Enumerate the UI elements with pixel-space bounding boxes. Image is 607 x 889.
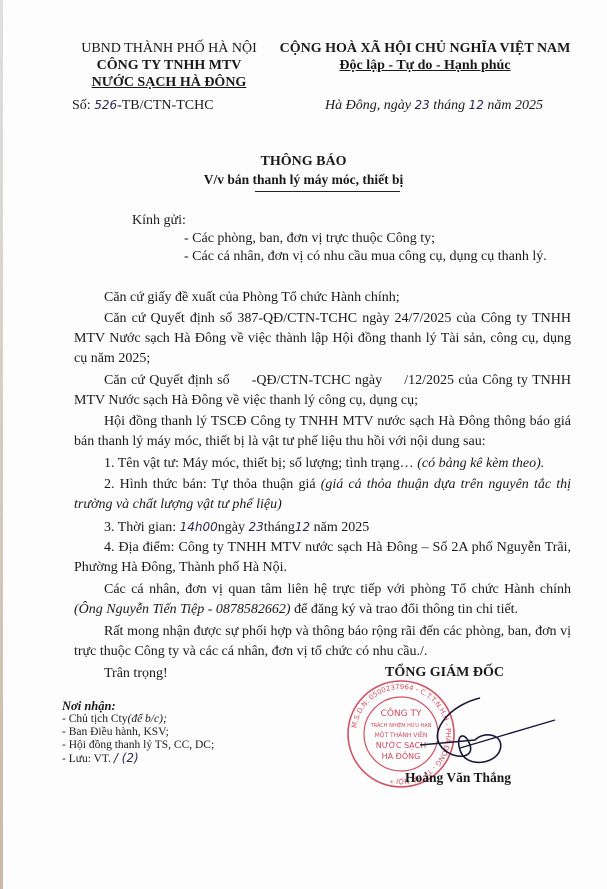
body-paragraph: Rất mong nhận được sự phối hợp và thông … (74, 622, 571, 662)
receiver-note: (để b/c); (128, 713, 167, 725)
item-4: 4. Địa điểm: Công ty TNHH MTV nước sạch … (74, 538, 571, 578)
item-1: 1. Tên vật tư: Máy móc, thiết bị; số lượ… (74, 454, 571, 474)
handwritten-signature-icon (400, 690, 560, 780)
contact-info: (Ông Nguyễn Tiến Tiệp - 0878582662) (74, 602, 291, 617)
authority-line-1: UBND THÀNH PHỐ HÀ NỘI (64, 40, 274, 57)
document-date: Hà Đông, ngày 23 tháng 12 năm 2025 (325, 98, 543, 114)
document-page: UBND THÀNH PHỐ HÀ NỘI CÔNG TY TNHH MTV N… (0, 0, 607, 889)
receivers-block: Nơi nhận: - Chủ tịch Cty(để b/c); - Ban … (62, 700, 214, 766)
page-edge (0, 0, 3, 889)
authority-line-3: NƯỚC SẠCH HÀ ĐÔNG (92, 75, 247, 90)
closing: Trân trọng! (74, 664, 274, 684)
subject-underline (255, 191, 400, 192)
item-text: 4. Địa điểm: Công ty TNHH MTV nước sạch … (74, 540, 571, 575)
document-number: Số: 526-TB/CTN-TCHC (72, 98, 214, 114)
body-paragraph: Căn cứ Quyết định số -QĐ/CTN-TCHC ngày /… (74, 371, 571, 411)
receiver-text: - Chủ tịch Cty (62, 713, 128, 725)
number-suffix: -TB/CTN-TCHC (117, 98, 213, 113)
item-note: (có bảng kê kèm theo). (417, 456, 544, 471)
handwritten-hour: 14h00 (180, 520, 218, 534)
paragraph-text: Căn cứ Quyết định số -QĐ/CTN-TCHC ngày /… (74, 373, 575, 408)
national-motto: CỘNG HOÀ XÃ HỘI CHỦ NGHĨA VIỆT NAM Độc l… (275, 40, 575, 74)
day-label: ngày (218, 520, 249, 535)
receiver-item: - Lưu: VT. / (2) (62, 752, 214, 766)
item-3: 3. Thời gian: 14h00ngày 23tháng12 năm 20… (74, 517, 571, 538)
addressee-item: - Các cá nhân, đơn vị có nhu cầu mua côn… (184, 249, 547, 265)
body-paragraph: Hội đồng thanh lý TSCĐ Công ty TNHH MTV … (74, 412, 571, 452)
handwritten-day: 23 (248, 520, 263, 534)
authority-line-2: CÔNG TY TNHH MTV (64, 57, 274, 74)
receiver-text: - Lưu: VT. (62, 753, 114, 765)
paragraph-text: để đăng ký và trao đổi thông tin chi tiế… (291, 602, 518, 617)
motto: Độc lập - Tự do - Hạnh phúc (339, 58, 510, 73)
contact-paragraph: Các cá nhân, đơn vị quan tâm liên hệ trự… (74, 580, 571, 620)
body-paragraph: Căn cứ giấy đề xuất của Phòng Tổ chức Hà… (74, 288, 571, 308)
receivers-title: Nơi nhận: (62, 700, 214, 713)
number-prefix: Số: (72, 98, 94, 113)
addressee-label: Kính gửi: (132, 213, 186, 229)
handwritten-day: 23 (414, 98, 429, 112)
month-label: tháng (430, 98, 469, 113)
receiver-item: - Chủ tịch Cty(để b/c); (62, 713, 214, 726)
item-text: 2. Hình thức bán: Tự thỏa thuận giá (104, 477, 321, 492)
handwritten-copies: / (2) (114, 751, 139, 765)
paragraph-text: Căn cứ giấy đề xuất của Phòng Tổ chức Hà… (104, 290, 400, 305)
receiver-item: - Ban Điều hành, KSV; (62, 726, 214, 739)
document-subject: V/v bán thanh lý máy móc, thiết bị (0, 172, 607, 188)
body-paragraph: Căn cứ Quyết định số 387-QĐ/CTN-TCHC ngà… (74, 309, 571, 369)
handwritten-month: 12 (295, 520, 310, 534)
item-text: 1. Tên vật tư: Máy móc, thiết bị; số lượ… (104, 456, 417, 471)
date-prefix: Hà Đông, ngày (325, 98, 414, 113)
closing-text: Trân trọng! (104, 666, 168, 681)
addressee-item: - Các phòng, ban, đơn vị trực thuộc Công… (184, 231, 435, 247)
item-2: 2. Hình thức bán: Tự thỏa thuận giá (giá… (74, 475, 571, 515)
paragraph-text: Rất mong nhận được sự phối hợp và thông … (74, 624, 571, 659)
issuing-authority: UBND THÀNH PHỐ HÀ NỘI CÔNG TY TNHH MTV N… (64, 40, 274, 91)
signer-name: Hoàng Văn Thắng (405, 770, 511, 786)
paragraph-text: Các cá nhân, đơn vị quan tâm liên hệ trự… (104, 582, 571, 597)
item-text: 3. Thời gian: (104, 520, 180, 535)
year-label: năm 2025 (310, 520, 369, 535)
paragraph-text: Căn cứ Quyết định số 387-QĐ/CTN-TCHC ngà… (74, 311, 571, 366)
handwritten-month: 12 (469, 98, 484, 112)
year-label: năm 2025 (484, 98, 543, 113)
month-label: tháng (264, 520, 295, 535)
country-name: CỘNG HOÀ XÃ HỘI CHỦ NGHĨA VIỆT NAM (275, 40, 575, 57)
paragraph-text: Hội đồng thanh lý TSCĐ Công ty TNHH MTV … (74, 414, 571, 449)
handwritten-number: 526 (94, 98, 117, 112)
document-title: THÔNG BÁO (0, 154, 607, 170)
